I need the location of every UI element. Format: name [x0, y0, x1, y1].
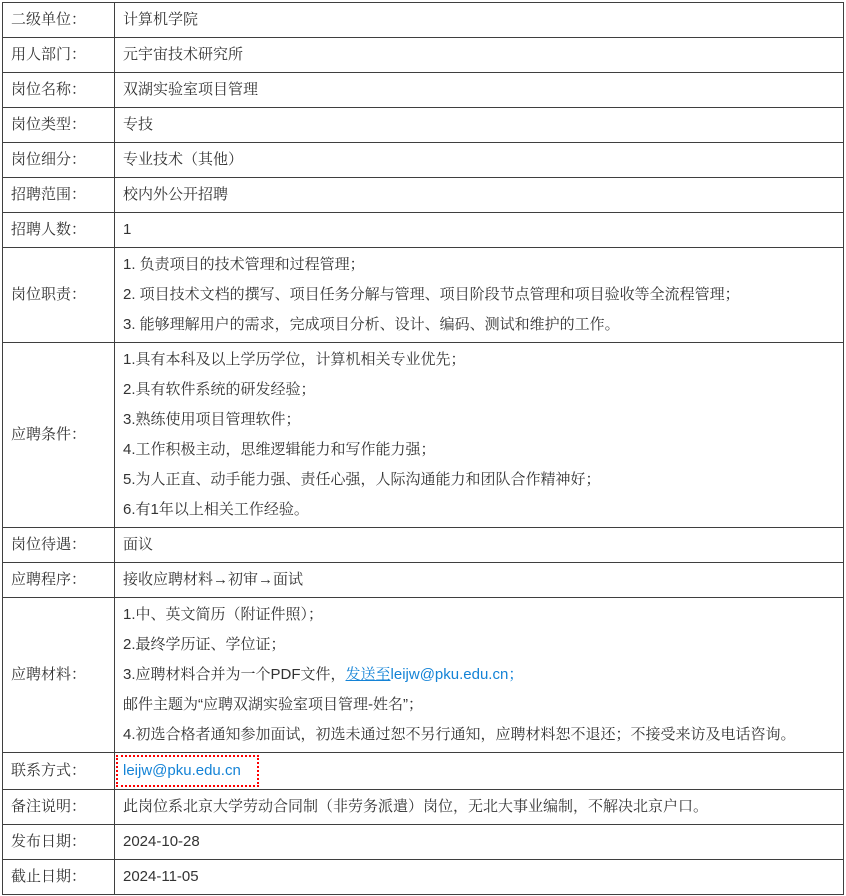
send-to-label: 发送至: [346, 666, 391, 683]
table-row-publish-date: 发布日期： 2024-10-28: [3, 825, 844, 860]
row-label: 发布日期：: [3, 825, 115, 860]
material-line-email: 3.应聘材料合并为一个PDF文件，发送至leijw@pku.edu.cn；: [123, 665, 835, 685]
row-value: 1: [115, 213, 844, 248]
row-label: 应聘程序：: [3, 563, 115, 598]
row-value: 2024-10-28: [115, 825, 844, 860]
table-row-department: 用人部门： 元宇宙技术研究所: [3, 38, 844, 73]
table-row-position-type: 岗位类型： 专技: [3, 108, 844, 143]
material-line: 邮件主题为“应聘双湖实验室项目管理-姓名”；: [123, 695, 835, 715]
row-label: 应聘材料：: [3, 598, 115, 753]
material-line: 2.最终学历证、学位证；: [123, 635, 835, 655]
table-row-recruit-scope: 招聘范围： 校内外公开招聘: [3, 178, 844, 213]
requirement-line: 5.为人正直、动手能力强、责任心强，人际沟通能力和团队合作精神好；: [123, 470, 835, 490]
row-label: 联系方式：: [3, 753, 115, 790]
row-label: 岗位待遇：: [3, 528, 115, 563]
table-row-position-subtype: 岗位细分： 专业技术（其他）: [3, 143, 844, 178]
row-label: 用人部门：: [3, 38, 115, 73]
table-row-salary: 岗位待遇： 面议: [3, 528, 844, 563]
job-posting-table: 二级单位： 计算机学院 用人部门： 元宇宙技术研究所 岗位名称： 双湖实验室项目…: [2, 2, 844, 895]
row-value: 1.中、英文简历（附证件照）； 2.最终学历证、学位证； 3.应聘材料合并为一个…: [115, 598, 844, 753]
row-value: leijw@pku.edu.cn: [115, 753, 844, 790]
contact-email-link[interactable]: leijw@pku.edu.cn: [123, 762, 241, 779]
job-posting-page: 二级单位： 计算机学院 用人部门： 元宇宙技术研究所 岗位名称： 双湖实验室项目…: [0, 0, 846, 896]
row-value: 2024-11-05: [115, 860, 844, 895]
material-email-prefix: 3.应聘材料合并为一个PDF文件，: [123, 666, 346, 683]
row-label: 岗位类型：: [3, 108, 115, 143]
row-value: 1. 负责项目的技术管理和过程管理； 2. 项目技术文档的撰写、项目任务分解与管…: [115, 248, 844, 343]
responsibility-line: 3. 能够理解用户的需求，完成项目分析、设计、编码、测试和维护的工作。: [123, 315, 835, 335]
row-value: 接收应聘材料→初审→面试: [115, 563, 844, 598]
row-label: 岗位职责：: [3, 248, 115, 343]
responsibility-line: 2. 项目技术文档的撰写、项目任务分解与管理、项目阶段节点管理和项目验收等全流程…: [123, 285, 835, 305]
material-line: 1.中、英文简历（附证件照）；: [123, 605, 835, 625]
row-value: 校内外公开招聘: [115, 178, 844, 213]
row-value: 此岗位系北京大学劳动合同制（非劳务派遣）岗位，无北大事业编制，不解决北京户口。: [115, 790, 844, 825]
responsibility-line: 1. 负责项目的技术管理和过程管理；: [123, 255, 835, 275]
requirement-line: 6.有1年以上相关工作经验。: [123, 500, 835, 520]
table-row-headcount: 招聘人数： 1: [3, 213, 844, 248]
send-to-address: leijw@pku.edu.cn: [391, 666, 509, 683]
requirement-line: 1.具有本科及以上学历学位，计算机相关专业优先；: [123, 350, 835, 370]
row-label: 备注说明：: [3, 790, 115, 825]
table-row-responsibilities: 岗位职责： 1. 负责项目的技术管理和过程管理； 2. 项目技术文档的撰写、项目…: [3, 248, 844, 343]
row-value: 1.具有本科及以上学历学位，计算机相关专业优先； 2.具有软件系统的研发经验； …: [115, 343, 844, 528]
row-value: 面议: [115, 528, 844, 563]
table-row-procedure: 应聘程序： 接收应聘材料→初审→面试: [3, 563, 844, 598]
row-value: 专技: [115, 108, 844, 143]
material-line: 4.初选合格者通知参加面试，初选未通过恕不另行通知，应聘材料恕不退还；不接受来访…: [123, 725, 835, 745]
table-row-notes: 备注说明： 此岗位系北京大学劳动合同制（非劳务派遣）岗位，无北大事业编制，不解决…: [3, 790, 844, 825]
row-label: 截止日期：: [3, 860, 115, 895]
row-label: 二级单位：: [3, 3, 115, 38]
requirement-line: 2.具有软件系统的研发经验；: [123, 380, 835, 400]
annotation-highlight-box: leijw@pku.edu.cn: [116, 755, 259, 787]
table-row-contact: 联系方式： leijw@pku.edu.cn: [3, 753, 844, 790]
row-label: 招聘范围：: [3, 178, 115, 213]
requirement-line: 3.熟练使用项目管理软件；: [123, 410, 835, 430]
row-label: 应聘条件：: [3, 343, 115, 528]
row-label: 岗位细分：: [3, 143, 115, 178]
row-label: 招聘人数：: [3, 213, 115, 248]
requirement-line: 4.工作积极主动，思维逻辑能力和写作能力强；: [123, 440, 835, 460]
row-value: 专业技术（其他）: [115, 143, 844, 178]
table-row-requirements: 应聘条件： 1.具有本科及以上学历学位，计算机相关专业优先； 2.具有软件系统的…: [3, 343, 844, 528]
table-row-unit: 二级单位： 计算机学院: [3, 3, 844, 38]
row-value: 计算机学院: [115, 3, 844, 38]
row-value: 双湖实验室项目管理: [115, 73, 844, 108]
row-label: 岗位名称：: [3, 73, 115, 108]
material-email-suffix: ；: [508, 666, 523, 683]
row-value: 元宇宙技术研究所: [115, 38, 844, 73]
table-row-position-name: 岗位名称： 双湖实验室项目管理: [3, 73, 844, 108]
send-to-email-link[interactable]: 发送至leijw@pku.edu.cn: [346, 666, 509, 683]
table-row-materials: 应聘材料： 1.中、英文简历（附证件照）； 2.最终学历证、学位证； 3.应聘材…: [3, 598, 844, 753]
table-row-deadline: 截止日期： 2024-11-05: [3, 860, 844, 895]
